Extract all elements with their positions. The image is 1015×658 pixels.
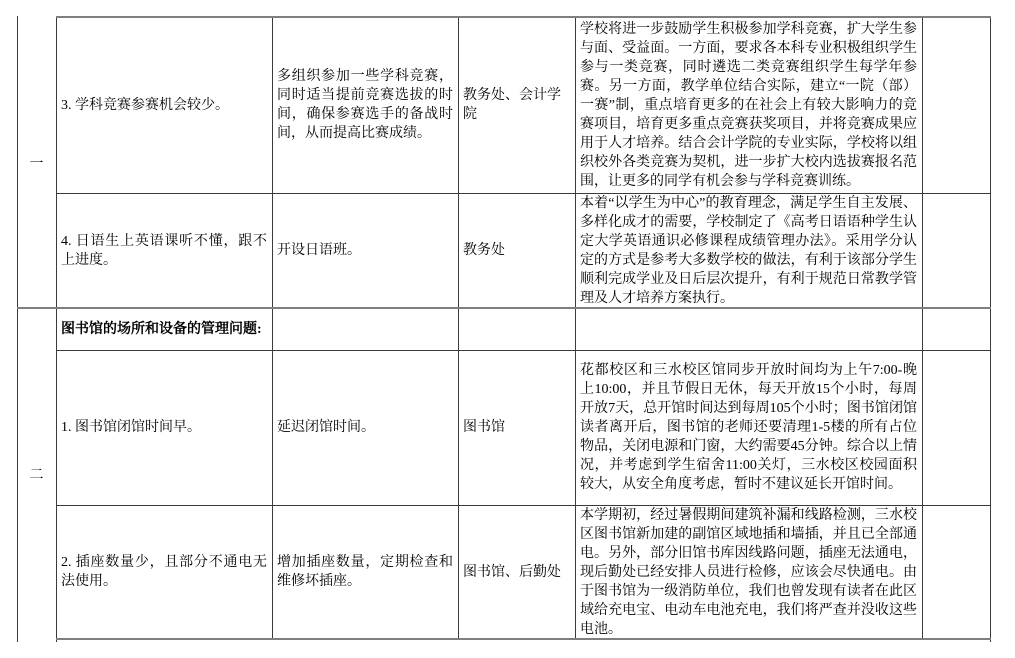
row2-problem-text: 4. 日语生上英语课听不懂，跟不上进度。 (61, 232, 267, 270)
row1-department-cell: 教务处、会计学院 (458, 17, 575, 193)
section-divider-line (17, 307, 991, 309)
row3-problem-cell: 1. 图书馆闭馆时间早。 (56, 350, 272, 505)
grid-line-vertical (272, 17, 273, 640)
section-header-text: 图书馆的场所和设备的管理问题: (61, 320, 267, 339)
row1-problem-text: 3. 学科竞赛参赛机会较少。 (61, 96, 267, 115)
row2-response-cell: 本着“以学生为中心”的教育理念，满足学生自主发展、多样化成才的需要，学校制定了《… (575, 193, 922, 308)
row2-response-text: 本着“以学生为中心”的教育理念，满足学生自主发展、多样化成才的需要，学校制定了《… (580, 194, 917, 308)
grid-line-horizontal (56, 350, 990, 351)
row2-suggestion-cell: 开设日语班。 (272, 193, 458, 308)
row4-response-text: 本学期初，经过暑假期间建筑补漏和线路检测，三水校区图书馆新加建的副馆区域地插和墙… (580, 506, 917, 639)
row1-department-text: 教务处、会计学院 (463, 86, 570, 124)
row3-response-cell: 花都校区和三水校区馆同步开放时间均为上午7:00-晚上10:00，并且节假日无休… (575, 350, 922, 505)
row3-response-text: 花都校区和三水校区馆同步开放时间均为上午7:00-晚上10:00，并且节假日无休… (580, 361, 917, 494)
row4-problem-cell: 2. 插座数量少，且部分不通电无法使用。 (56, 505, 272, 639)
row1-problem-cell: 3. 学科竞赛参赛机会较少。 (56, 17, 272, 193)
grid-line-vertical (990, 16, 991, 642)
section-divider-line (56, 638, 991, 640)
document-page: 一 二 3. 学科竞赛参赛机会较少。 多组织参加一些学科竞赛，同时适当提前竞赛选… (0, 0, 1015, 658)
row1-suggestion-cell: 多组织参加一些学科竞赛，同时适当提前竞赛选拔的时间，确保参赛选手的备战时间，从而… (272, 17, 458, 193)
row1-response-cell: 学校将进一步鼓励学生积极参加学科竞赛，扩大学生参与面、受益面。一方面，要求各本科… (575, 17, 922, 193)
section-divider-line (56, 16, 991, 18)
row3-problem-text: 1. 图书馆闭馆时间早。 (61, 418, 267, 437)
row4-department-text: 图书馆、后勤处 (463, 563, 570, 582)
grid-line-vertical (575, 17, 576, 640)
row4-department-cell: 图书馆、后勤处 (458, 505, 575, 639)
row3-suggestion-cell: 延迟闭馆时间。 (272, 350, 458, 505)
group-label-one: 一 (17, 17, 56, 308)
row3-suggestion-text: 延迟闭馆时间。 (277, 418, 453, 437)
grid-line-vertical (17, 16, 18, 642)
row3-department-cell: 图书馆 (458, 350, 575, 505)
row4-problem-text: 2. 插座数量少，且部分不通电无法使用。 (61, 553, 267, 591)
group-label-two: 二 (17, 308, 56, 639)
row3-department-text: 图书馆 (463, 418, 570, 437)
row1-response-text: 学校将进一步鼓励学生积极参加学科竞赛，扩大学生参与面、受益面。一方面，要求各本科… (580, 20, 917, 191)
section-header-cell: 图书馆的场所和设备的管理问题: (56, 308, 272, 350)
grid-line-horizontal (56, 505, 990, 506)
row4-response-cell: 本学期初，经过暑假期间建筑补漏和线路检测，三水校区图书馆新加建的副馆区域地插和墙… (575, 505, 922, 639)
row4-suggestion-cell: 增加插座数量，定期检查和维修坏插座。 (272, 505, 458, 639)
row2-problem-cell: 4. 日语生上英语课听不懂，跟不上进度。 (56, 193, 272, 308)
group-one-text: 一 (30, 153, 44, 173)
grid-line-vertical (458, 17, 459, 640)
row2-suggestion-text: 开设日语班。 (277, 241, 453, 260)
group-two-text: 二 (30, 464, 44, 484)
row2-department-text: 教务处 (463, 241, 570, 260)
row2-department-cell: 教务处 (458, 193, 575, 308)
row4-suggestion-text: 增加插座数量，定期检查和维修坏插座。 (277, 553, 453, 591)
grid-line-horizontal (56, 193, 990, 194)
grid-line-vertical (56, 16, 57, 642)
grid-line-vertical (922, 17, 923, 640)
row1-suggestion-text: 多组织参加一些学科竞赛，同时适当提前竞赛选拔的时间，确保参赛选手的备战时间，从而… (277, 67, 453, 143)
